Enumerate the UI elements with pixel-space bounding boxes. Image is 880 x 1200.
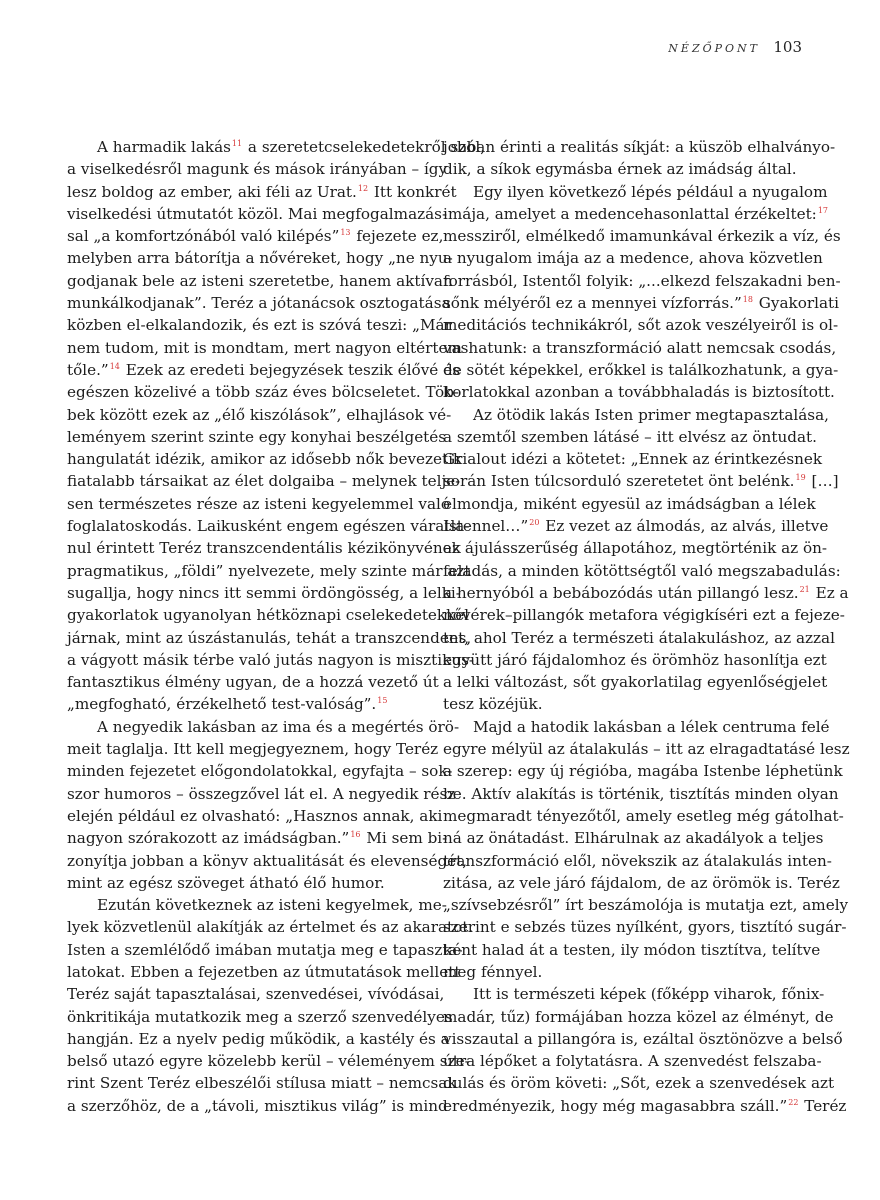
text-line: zonyítja jobban a könyv aktualitását és … xyxy=(67,850,414,872)
text-line: elmondja, miként egyesül az imádságban a… xyxy=(443,493,790,515)
text-line: belső utazó egyre közelebb kerül – vélem… xyxy=(67,1050,414,1072)
text-line: tesz közéjük. xyxy=(443,693,790,715)
footnote-marker[interactable]: 19 xyxy=(796,473,806,482)
text-line: Teréz saját tapasztalásai, szenvedései, … xyxy=(67,983,414,1005)
text-line: Grialout idézi a kötetet: „Ennek az érin… xyxy=(443,448,790,470)
text-line: melyben arra bátorítja a nővéreket, hogy… xyxy=(67,247,414,269)
text-line: ná az önátadást. Elhárulnak az akadályok… xyxy=(443,827,790,849)
text-line: sugallja, hogy nincs itt semmi ördöngöss… xyxy=(67,582,414,604)
text-line: latokat. Ebben a fejezetben az útmutatás… xyxy=(67,961,414,983)
text-line: pragmatikus, „földi” nyelvezete, mely sz… xyxy=(67,560,414,582)
text-line: madár, tűz) formájában hozza közel az él… xyxy=(443,1006,790,1028)
text-line: közben el-elkalandozik, és ezt is szóvá … xyxy=(67,314,414,336)
footnote-marker[interactable]: 13 xyxy=(340,228,350,237)
text-line: dik, a síkok egymásba érnek az imádság á… xyxy=(443,158,790,180)
text-line: önkritikája mutatkozik meg a szerző szen… xyxy=(67,1006,414,1028)
text-line: fiatalabb társaikat az élet dolgaiba – m… xyxy=(67,470,414,492)
page-number: 103 xyxy=(773,38,802,56)
text-line: meit taglalja. Itt kell megjegyeznem, ho… xyxy=(67,738,414,760)
text-line: tet, ahol Teréz a természeti átalakulásh… xyxy=(443,627,790,649)
text-line: de sötét képekkel, erőkkel is találkozha… xyxy=(443,359,790,381)
text-line: messziről, elmélkedő imamunkával érkezik… xyxy=(443,225,790,247)
text-line: vashatunk: a transzformáció alatt nemcsa… xyxy=(443,337,790,359)
text-line: az ájulásszerűség állapotához, megtörtén… xyxy=(443,537,790,559)
text-line: Istennel…”20 Ez vezet az álmodás, az alv… xyxy=(443,515,790,537)
left-column: A harmadik lakás11 a szeretetcselekedete… xyxy=(67,136,414,1117)
right-column: jobban érinti a realitás síkját: a küszö… xyxy=(443,136,790,1117)
text-line: eredményezik, hogy még magasabbra száll.… xyxy=(443,1095,790,1117)
text-line: rint Szent Teréz elbeszélői stílusa miat… xyxy=(67,1072,414,1094)
text-line: egyre mélyül az átalakulás – itt az elra… xyxy=(443,738,790,760)
text-line: Majd a hatodik lakásban a lélek centruma… xyxy=(443,716,790,738)
text-line: godjanak bele az isteni szeretetbe, hane… xyxy=(67,270,414,292)
text-line: szerint e sebzés tüzes nyílként, gyors, … xyxy=(443,916,790,938)
text-line: sal „a komfortzónából való kilépés”13 fe… xyxy=(67,225,414,247)
footnote-marker[interactable]: 22 xyxy=(788,1098,798,1107)
text-line: imája, amelyet a medencehasonlattal érzé… xyxy=(443,203,790,225)
text-line: járnak, mint az úszástanulás, tehát a tr… xyxy=(67,627,414,649)
text-line: során Isten túlcsorduló szeretetet önt b… xyxy=(443,470,790,492)
text-line: dulás és öröm követi: „Sőt, ezek a szenv… xyxy=(443,1072,790,1094)
text-line: „megfogható, érzékelhető test-valóság”.1… xyxy=(67,693,414,715)
text-line: korlatokkal azonban a továbbhaladás is b… xyxy=(443,381,790,403)
text-line: transzformáció elől, növekszik az átalak… xyxy=(443,850,790,872)
text-line: a lelki változást, sőt gyakorlatilag egy… xyxy=(443,671,790,693)
text-line: Isten a szemlélődő imában mutatja meg e … xyxy=(67,939,414,961)
text-line: minden fejezetet előgondolatokkal, egyfa… xyxy=(67,760,414,782)
text-line: nem tudom, mit is mondtam, mert nagyon e… xyxy=(67,337,414,359)
text-line: viselkedési útmutatót közöl. Mai megfoga… xyxy=(67,203,414,225)
footnote-marker[interactable]: 20 xyxy=(529,518,539,527)
text-line: elején például ez olvasható: „Hasznos an… xyxy=(67,805,414,827)
footnote-marker[interactable]: 11 xyxy=(232,139,242,148)
text-line: egészen közelivé a több száz éves bölcse… xyxy=(67,381,414,403)
footnote-marker[interactable]: 17 xyxy=(818,206,828,215)
footnote-marker[interactable]: 18 xyxy=(743,295,753,304)
text-line: a szemtől szemben látásé – itt elvész az… xyxy=(443,426,790,448)
text-line: Az ötödik lakás Isten primer megtapaszta… xyxy=(443,404,790,426)
text-line: fantasztikus élmény ugyan, de a hozzá ve… xyxy=(67,671,414,693)
text-line: lesz boldog az ember, aki féli az Urat.1… xyxy=(67,181,414,203)
footnote-marker[interactable]: 14 xyxy=(110,362,120,371)
text-line: nul érintett Teréz transzcendentális kéz… xyxy=(67,537,414,559)
text-line: mint az egész szöveget átható élő humor. xyxy=(67,872,414,894)
text-line: együtt járó fájdalomhoz és örömhöz hason… xyxy=(443,649,790,671)
footnote-marker[interactable]: 16 xyxy=(350,830,360,839)
text-line: a viselkedésről magunk és mások irányába… xyxy=(67,158,414,180)
text-line: a szerep: egy új régióba, magába Istenbe… xyxy=(443,760,790,782)
text-line: Egy ilyen következő lépés például a nyug… xyxy=(443,181,790,203)
text-line: meditációs technikákról, sőt azok veszél… xyxy=(443,314,790,336)
text-line: hangján. Ez a nyelv pedig működik, a kas… xyxy=(67,1028,414,1050)
text-line: bek között ezek az „élő kiszólások”, elh… xyxy=(67,404,414,426)
text-line: feladás, a minden kötöttségtől való megs… xyxy=(443,560,790,582)
text-line: Itt is természeti képek (főképp viharok,… xyxy=(443,983,790,1005)
text-line: munkálkodjanak”. Teréz a jótanácsok oszt… xyxy=(67,292,414,314)
footnote-marker[interactable]: 12 xyxy=(358,184,368,193)
text-line: zitása, az vele járó fájdalom, de az örö… xyxy=(443,872,790,894)
text-line: a vágyott másik térbe való jutás nagyon … xyxy=(67,649,414,671)
text-line: A harmadik lakás11 a szeretetcselekedete… xyxy=(67,136,414,158)
text-line: szor humoros – összegzővel lát el. A neg… xyxy=(67,783,414,805)
text-line: nagyon szórakozott az imádságban.”16 Mi … xyxy=(67,827,414,849)
text-line: a szerzőhöz, de a „távoli, misztikus vil… xyxy=(67,1095,414,1117)
text-line: A negyedik lakásban az ima és a megértés… xyxy=(67,716,414,738)
text-line: a nyugalom imája az a medence, ahova köz… xyxy=(443,247,790,269)
running-head: NÉZŐPONT xyxy=(668,42,760,55)
text-line: leményem szerint szinte egy konyhai besz… xyxy=(67,426,414,448)
text-line: Ezután következnek az isteni kegyelmek, … xyxy=(67,894,414,916)
text-line: be. Aktív alakítás is történik, tisztítá… xyxy=(443,783,790,805)
text-line: foglalatoskodás. Laikusként engem egésze… xyxy=(67,515,414,537)
text-line: gyakorlatok ugyanolyan hétköznapi cselek… xyxy=(67,604,414,626)
text-line: forrásból, Istentől folyik: „...elkezd f… xyxy=(443,270,790,292)
text-line: sen természetes része az isteni kegyelem… xyxy=(67,493,414,515)
text-line: „szívsebzésről” írt beszámolója is mutat… xyxy=(443,894,790,916)
text-line: a hernyóból a bebábozódás után pillangó … xyxy=(443,582,790,604)
text-line: ként halad át a testen, ily módon tisztí… xyxy=(443,939,790,961)
text-line: jobban érinti a realitás síkját: a küszö… xyxy=(443,136,790,158)
footnote-marker[interactable]: 15 xyxy=(377,696,387,705)
text-line: megmaradt tényezőtől, amely esetleg még … xyxy=(443,805,790,827)
footnote-marker[interactable]: 21 xyxy=(800,585,810,594)
text-line: meg fénnyel. xyxy=(443,961,790,983)
text-line: visszautal a pillangóra is, ezáltal öszt… xyxy=(443,1028,790,1050)
text-line: tőle.”14 Ezek az eredeti bejegyzések tes… xyxy=(67,359,414,381)
text-line: lyek közvetlenül alakítják az értelmet é… xyxy=(67,916,414,938)
text-line: hangulatát idézik, amikor az idősebb nők… xyxy=(67,448,414,470)
text-line: útra lépőket a folytatásra. A szenvedést… xyxy=(443,1050,790,1072)
text-line: sőnk mélyéről ez a mennyei vízforrás.”18… xyxy=(443,292,790,314)
text-line: nővérek–pillangók metafora végigkíséri e… xyxy=(443,604,790,626)
